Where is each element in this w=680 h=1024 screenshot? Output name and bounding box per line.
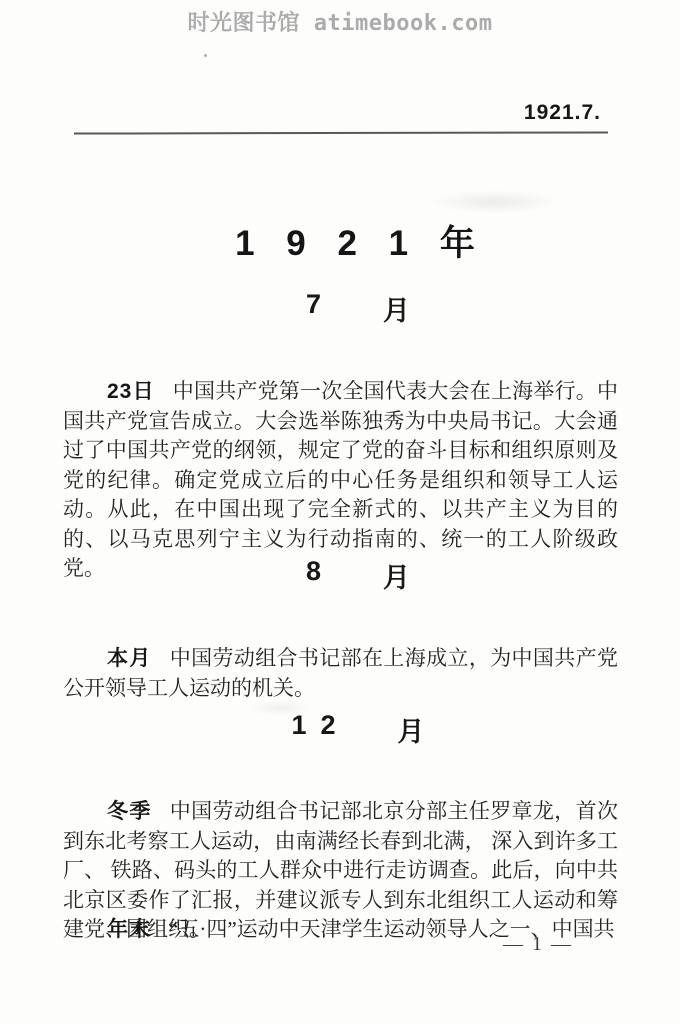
scan-smudge (430, 190, 560, 214)
header-rule (74, 131, 608, 134)
entry-date-label: 年末 (107, 918, 151, 941)
month-number: 7 (306, 289, 335, 328)
page-header-date: 1921.7. (524, 101, 601, 125)
month-number: 12 (291, 710, 349, 749)
month-heading-july: 7 月 (18, 289, 680, 328)
month-number: 8 (306, 556, 335, 595)
month-heading-december: 12 月 (18, 710, 680, 749)
entry-date-label: 本月 (107, 647, 152, 670)
entry-text: 中国共产党第一次全国代表大会在上海举行。中国共产党宣告成立。大会选举陈独秀为中央… (63, 379, 618, 580)
watermark-text: 时光图书馆 atimebook.com (0, 6, 680, 37)
entry-date-label: 23日 (107, 380, 155, 403)
page-number: — 1 — (503, 933, 573, 956)
month-unit: 月 (398, 710, 425, 749)
month-heading-august: 8 月 (18, 556, 680, 595)
year-title: 1 9 2 1 年 (16, 216, 680, 266)
entry-paragraph-july-23: 23日中国共产党第一次全国代表大会在上海举行。中国共产党宣告成立。大会选举陈独秀… (63, 377, 618, 584)
month-unit: 月 (383, 556, 410, 595)
scan-speck (204, 54, 207, 57)
entry-paragraph-august: 本月中国劳动组合书记部在上海成立，为中国共产党公开领导工人运动的机关。 (63, 644, 618, 703)
month-unit: 月 (383, 289, 410, 328)
scanned-book-page: 时光图书馆 atimebook.com 1921.7. 1 9 2 1 年 7 … (0, 0, 680, 1024)
entry-date-label: 冬季 (107, 800, 152, 823)
